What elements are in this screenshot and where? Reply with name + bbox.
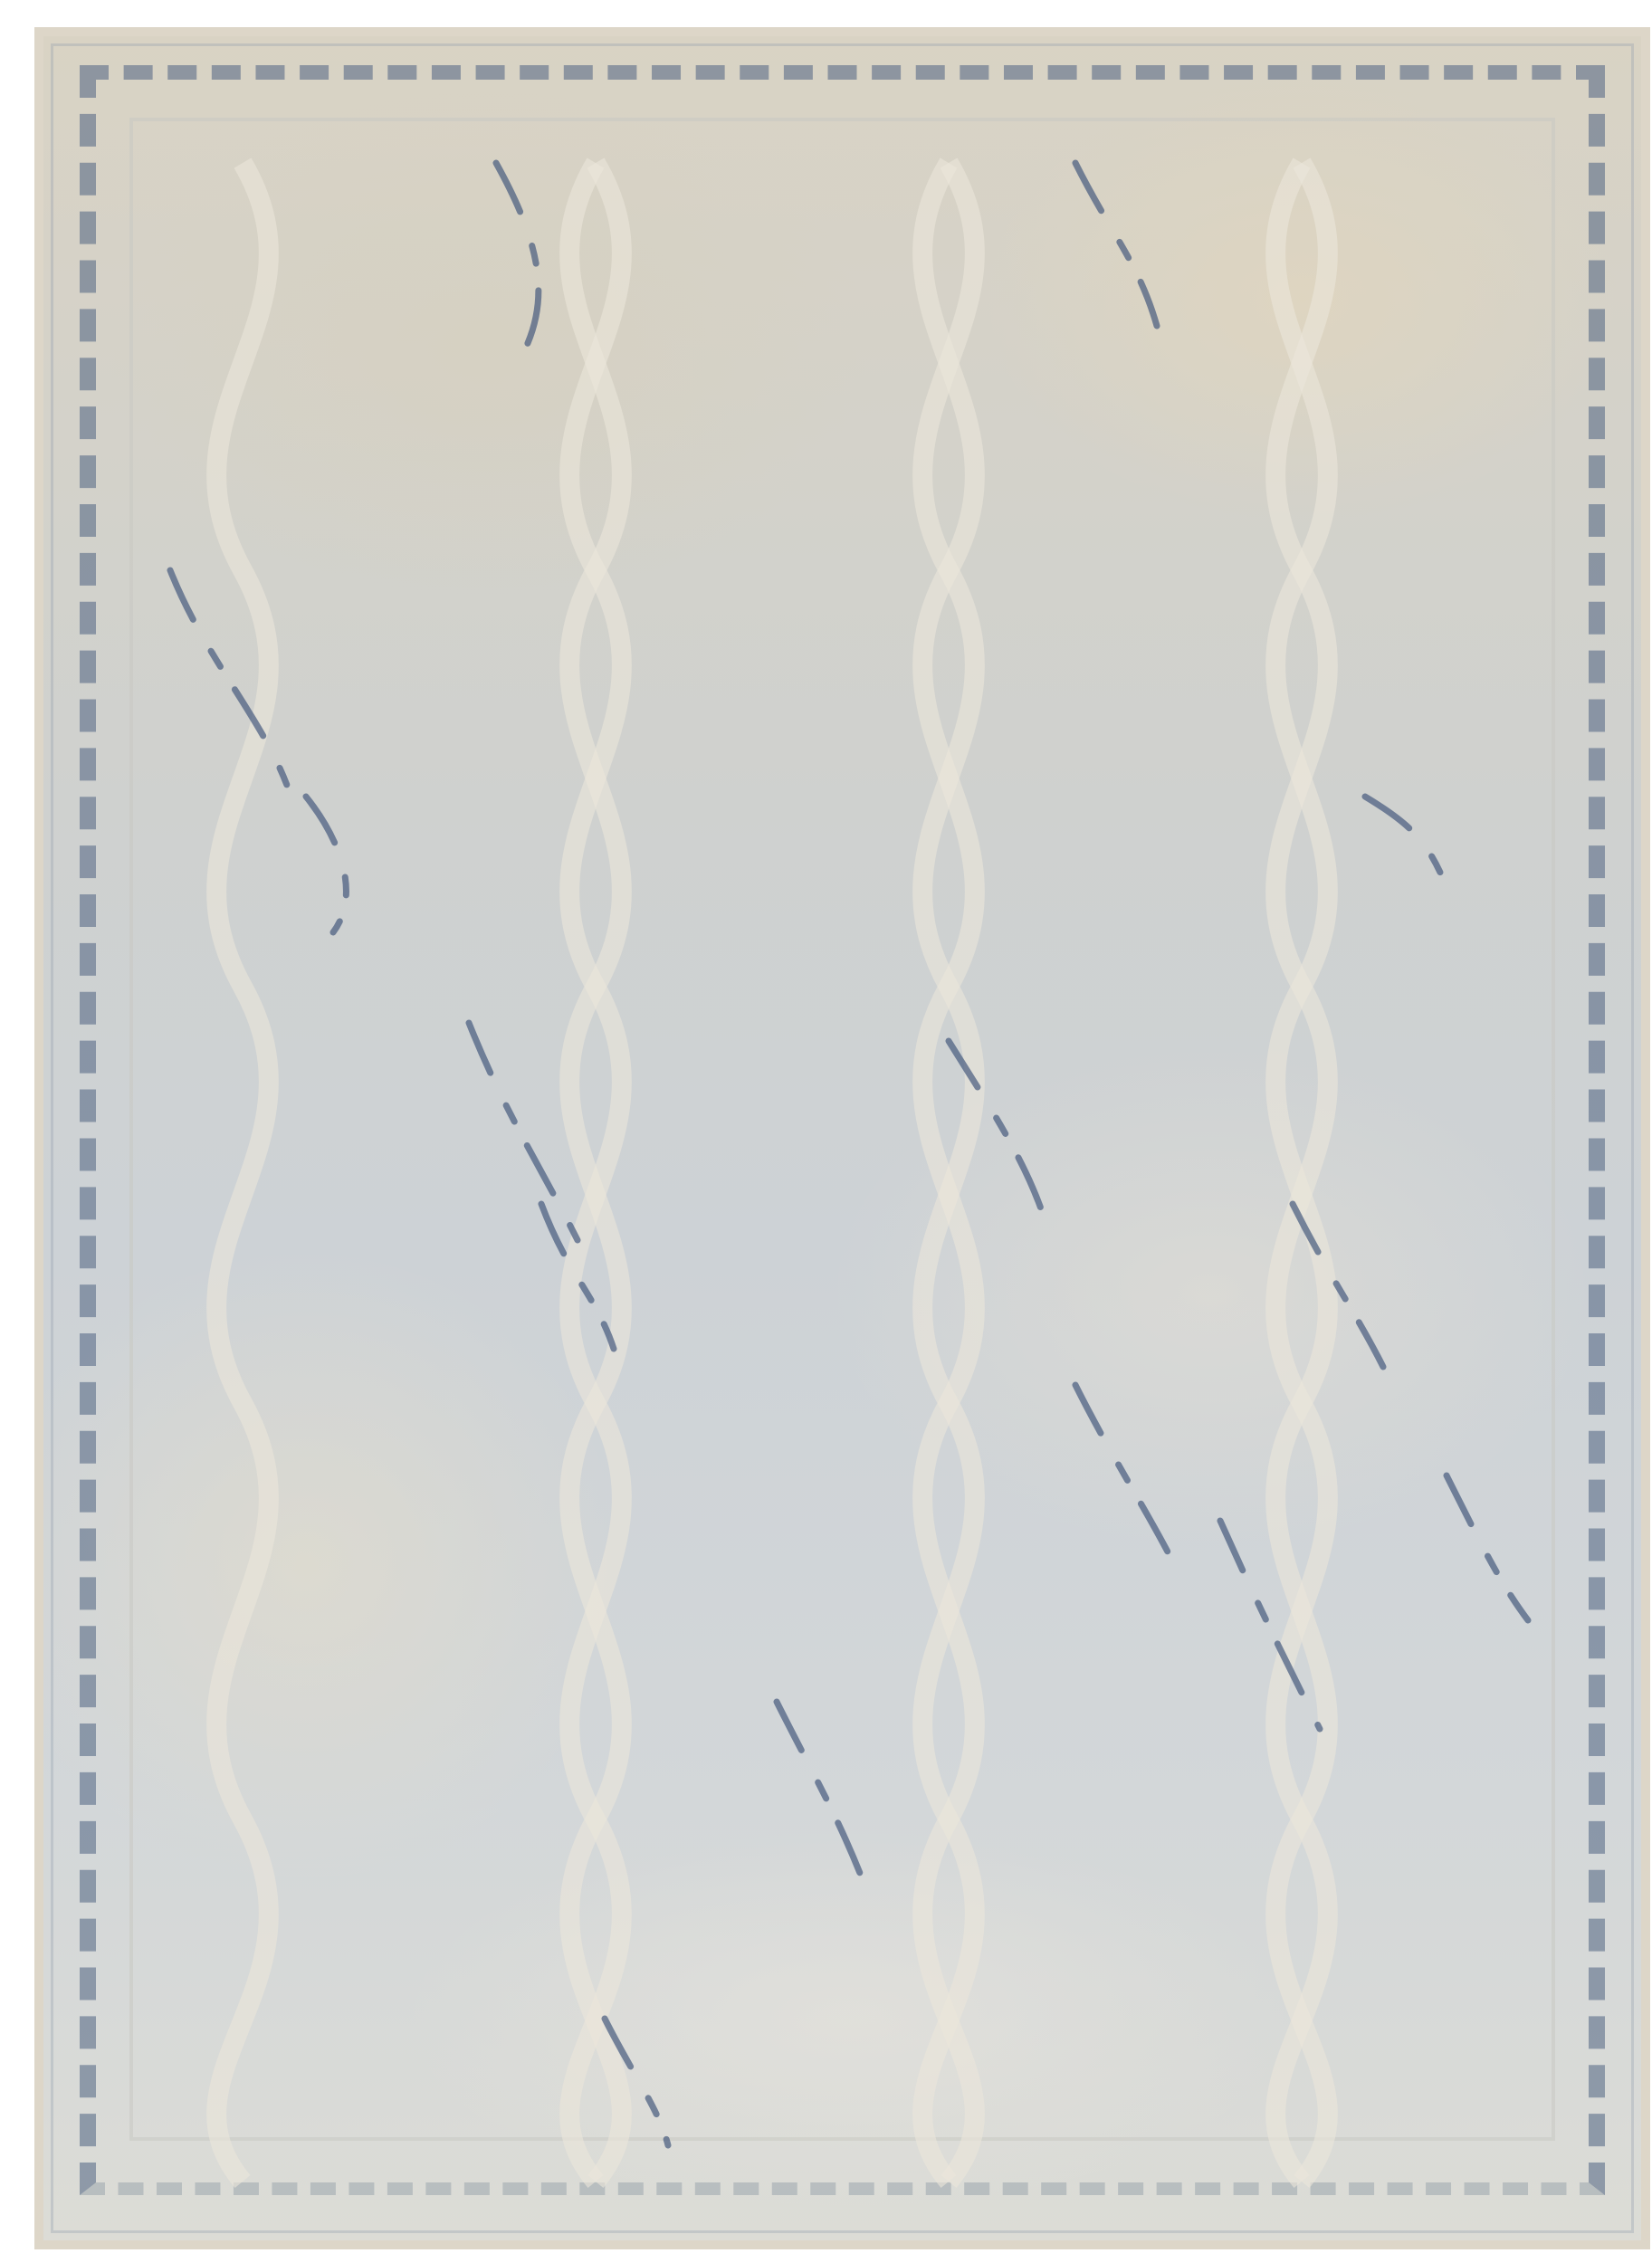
rug-photo: [34, 27, 1650, 2249]
trellis-pattern: [34, 27, 1650, 2249]
